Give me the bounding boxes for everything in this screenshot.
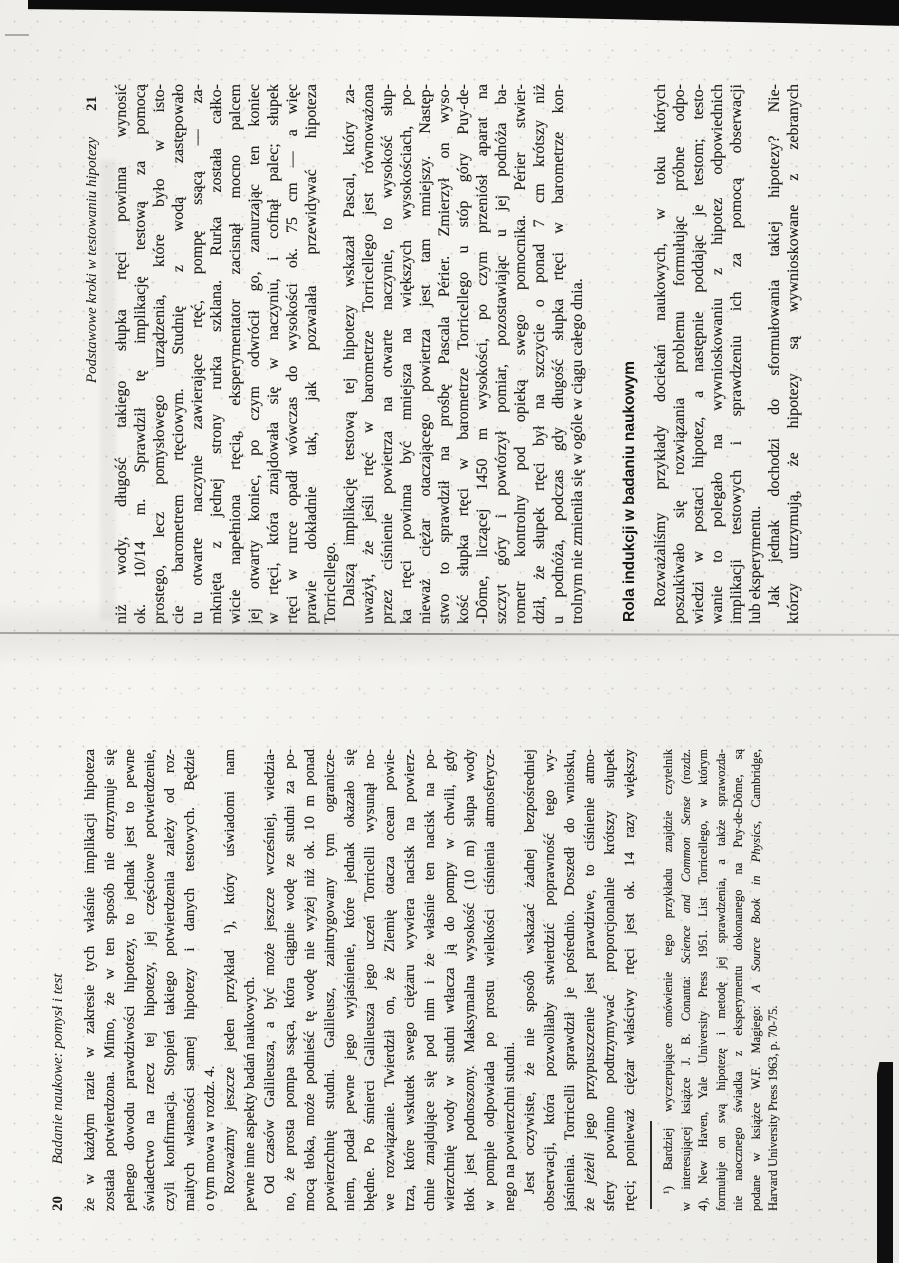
text-line: chnie znajdujące się pod nim i że właśni…: [420, 749, 440, 1211]
text-line: że jeżeli jego przypuszczenie jest prawd…: [580, 749, 600, 1211]
text-line: prostego, lecz pomysłowego urządzenia, k…: [150, 84, 169, 624]
text-line: poszukiwało się rozwiązania problemu for…: [670, 84, 689, 624]
text-line: wicie napełniona rtęcią, eksperymentator…: [226, 84, 245, 624]
text-line: w pompie odpowiada po prostu wielkości c…: [480, 749, 500, 1211]
text-line: szczyt góry i powtórzył pomiar, pozostaw…: [492, 84, 511, 624]
text-line: o tym mowa w rozdz. 4.: [200, 749, 220, 1211]
page-20-body: że w każdym razie w zakresie tych właśni…: [80, 749, 640, 1211]
text-line: czyli konfirmacja. Stopień takiego potwi…: [160, 749, 180, 1211]
text-line: przez ciśnienie powietrza na otwarte nac…: [378, 84, 397, 624]
footnote-rule: [650, 1121, 652, 1209]
scanned-book-spread: 20 Badanie naukowe: pomysł i test że w k…: [0, 0, 899, 1263]
text-line: 4), New Haven, Yale University Press 195…: [695, 749, 713, 1211]
text-line: Torricellego.: [321, 84, 340, 624]
text-line: jaśnienia. Torricelli sprawdził je pośre…: [560, 749, 580, 1211]
text-line: błędne. Po śmierci Galileusza jego uczeń…: [360, 749, 380, 1211]
text-line: pełnego dowodu prawdziwości hipotezy, to…: [120, 749, 140, 1211]
text-line: rtęci w rurce opadł wówczas do wysokości…: [283, 84, 302, 624]
text-line: świadectwo na rzecz tej hipotezy, jej cz…: [140, 749, 160, 1211]
text-line: w interesującej książce J. B. Conanta: S…: [678, 749, 696, 1211]
text-line: trza, które wskutek swego ciężaru wywier…: [400, 749, 420, 1211]
page-21-text-block: Podstawowe kroki w testowaniu hipotezy21…: [84, 84, 803, 624]
page-21-title: Podstawowe kroki w testowaniu hipotezy: [84, 137, 100, 383]
page-20-text-block: 20 Badanie naukowe: pomysł i test że w k…: [50, 749, 783, 1211]
section-heading: Rola indukcji w badaniu naukowym: [621, 84, 639, 622]
text-line: lub eksperymentu.: [746, 84, 765, 624]
text-line: nego na powierzchni studni.: [500, 749, 520, 1211]
text-line: ok. 10/14 m. Sprawdził tę implikację tes…: [131, 84, 150, 624]
text-line: tłok jest podnoszony. Maksymalna wysokoś…: [460, 749, 480, 1211]
page-21: Podstawowe kroki w testowaniu hipotezy21…: [0, 0, 899, 632]
text-line: -Dôme, liczącej 1450 m wysokości, po czy…: [473, 84, 492, 624]
text-line: pewne inne aspekty badań naukowych.: [240, 749, 260, 1211]
text-line: Harvard University Press 1963, p. 70-75.: [765, 749, 783, 1211]
text-line: maitych własności samej hipotezy i danyc…: [180, 749, 200, 1211]
text-line: rtęci; ponieważ ciężar właściwy rtęci je…: [620, 749, 640, 1211]
text-line: prawie dokładnie tak, jak pozwalała prze…: [302, 84, 321, 624]
text-line: nieważ ciężar otaczającego powietrza jes…: [416, 84, 435, 624]
text-line: formułuje on swą hipotezę i metodę jej s…: [713, 749, 731, 1211]
text-line: niż wody, długość takiego słupka rtęci p…: [112, 84, 131, 624]
text-line: rometr kontrolny pod opieką swego pomocn…: [511, 84, 530, 624]
page-20-number: 20: [50, 1196, 66, 1211]
page-21-body-2: Rozważaliśmy przykłady dociekań naukowyc…: [651, 84, 803, 624]
text-line: we rozwiązanie. Twierdził on, że Ziemię …: [380, 749, 400, 1211]
text-line: dził, że słupek rtęci był na szczycie o …: [530, 84, 549, 624]
text-line: wiedzi w postaci hipotez, a następnie po…: [689, 84, 708, 624]
text-line: Rozważaliśmy przykłady dociekań naukowyc…: [651, 84, 670, 624]
page-21-running-head: Podstawowe kroki w testowaniu hipotezy21: [84, 84, 102, 624]
text-line: mocą tłoka, może podnieść tę wodę nie wy…: [300, 749, 320, 1211]
text-line: Jest oczywiste, że nie sposób wskazać ża…: [520, 749, 540, 1211]
page-20-footnote: ¹) Bardziej wyczerpujące omówienie tego …: [660, 749, 783, 1211]
text-line: Od czasów Galileusza, a być może jeszcze…: [260, 749, 280, 1211]
book-spread-rotated: 20 Badanie naukowe: pomysł i test że w k…: [0, 0, 899, 1263]
text-line: niem, podał pewne jego wyjaśnienie, któr…: [340, 749, 360, 1211]
text-line: kość słupka rtęci w barometrze Torricell…: [454, 84, 473, 624]
page-21-number: 21: [84, 96, 100, 111]
text-line: obserwacji, która pozwoliłaby stwierdzić…: [540, 749, 560, 1211]
text-line: ka rtęci powinna być mniejsza na większy…: [397, 84, 416, 624]
text-line: u podnóża, podczas gdy długość słupka rt…: [549, 84, 568, 624]
text-line: mknięta z jednej strony rurka szklana. R…: [207, 84, 226, 624]
text-line: podane w książce W.F. Magiego: A Source …: [748, 749, 766, 1211]
page-20-title: Badanie naukowe: pomysł i test: [50, 973, 66, 1164]
page-21-body-1: niż wody, długość takiego słupka rtęci p…: [112, 84, 587, 624]
text-line: stwo to sprawdził na prośbę Pascala Péri…: [435, 84, 454, 624]
text-line: Rozważmy jeszcze jeden przykład ¹), któr…: [220, 749, 240, 1211]
text-line: wanie to polegało na wywnioskowaniu z hi…: [708, 84, 727, 624]
text-line: została potwierdzona. Mimo, że w ten spo…: [100, 749, 120, 1211]
text-line: no, że prosta pompa ssąca, która ciągnie…: [280, 749, 300, 1211]
text-line: uważył, że jeśli rtęć w barometrze Torri…: [359, 84, 378, 624]
text-line: powierzchnię studni. Galileusz, zaintryg…: [320, 749, 340, 1211]
text-line: cie barometrem rtęciowym. Studnię z wodą…: [169, 84, 188, 624]
text-line: w rtęci, która znajdowała się w naczyniu…: [264, 84, 283, 624]
text-line: Jak jednak dochodzi do sformułowania tak…: [765, 84, 784, 624]
text-line: trolnym nie zmieniła się w ogóle w ciągu…: [568, 84, 587, 624]
text-line: którzy utrzymują, że hipotezy są wywnios…: [784, 84, 803, 624]
text-line: nie naocznego świadka z eksperymentu dok…: [730, 749, 748, 1211]
text-line: ¹) Bardziej wyczerpujące omówienie tego …: [660, 749, 678, 1211]
text-line: jej otwarty koniec, po czym odwrócił go,…: [245, 84, 264, 624]
text-line: wierzchnię wody w studni wtłacza ją do p…: [440, 749, 460, 1211]
text-line: tu otwarte naczynie zawierające rtęć, po…: [188, 84, 207, 624]
text-line: sfery powinno podtrzymywać proporcjonaln…: [600, 749, 620, 1211]
page-20-running-head: 20 Badanie naukowe: pomysł i test: [50, 749, 68, 1211]
text-line: że w każdym razie w zakresie tych właśni…: [80, 749, 100, 1211]
text-line: Dalszą implikację testową tej hipotezy w…: [340, 84, 359, 624]
page-20: 20 Badanie naukowe: pomysł i test że w k…: [0, 632, 899, 1263]
text-line: implikacji testowych i sprawdzeniu ich z…: [727, 84, 746, 624]
